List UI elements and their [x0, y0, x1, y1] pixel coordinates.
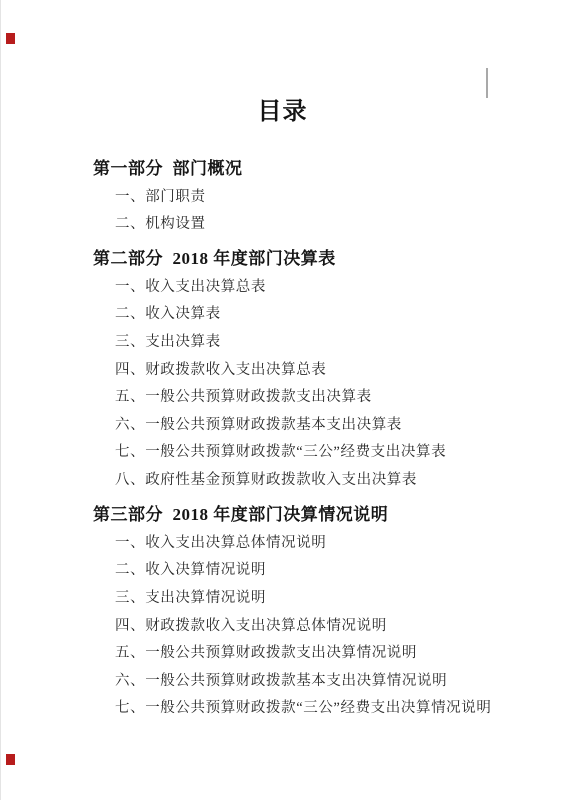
toc-item: 七、一般公共预算财政拨款“三公”经费支出决算情况说明 — [115, 698, 491, 718]
toc-item: 一、收入支出决算总表 — [115, 277, 491, 297]
toc-item: 五、一般公共预算财政拨款支出决算情况说明 — [115, 643, 491, 663]
toc-item: 六、一般公共预算财政拨款基本支出决算情况说明 — [115, 671, 491, 691]
red-scan-mark-top — [6, 33, 15, 44]
toc-item: 一、收入支出决算总体情况说明 — [115, 533, 491, 553]
toc-item: 三、支出决算情况说明 — [115, 588, 491, 608]
red-scan-mark-bottom — [6, 754, 15, 765]
table-of-contents: 第一部分 部门概况 一、部门职责 二、机构设置 第二部分 2018 年度部门决算… — [93, 159, 491, 726]
document-page: 目录 第一部分 部门概况 一、部门职责 二、机构设置 第二部分 2018 年度部… — [0, 0, 565, 800]
scan-artifact-line — [486, 68, 488, 98]
toc-section-heading: 第三部分 2018 年度部门决算情况说明 — [93, 505, 491, 525]
toc-item: 二、机构设置 — [115, 214, 491, 234]
toc-item: 二、收入决算情况说明 — [115, 560, 491, 580]
toc-section-heading: 第一部分 部门概况 — [93, 159, 491, 179]
toc-item: 三、支出决算表 — [115, 332, 491, 352]
page-title: 目录 — [0, 96, 565, 126]
toc-item: 五、一般公共预算财政拨款支出决算表 — [115, 387, 491, 407]
toc-item: 一、部门职责 — [115, 187, 491, 207]
toc-item: 八、政府性基金预算财政拨款收入支出决算表 — [115, 470, 491, 490]
toc-item: 六、一般公共预算财政拨款基本支出决算表 — [115, 415, 491, 435]
toc-section-heading: 第二部分 2018 年度部门决算表 — [93, 249, 491, 269]
toc-item: 二、收入决算表 — [115, 304, 491, 324]
toc-item: 七、一般公共预算财政拨款“三公”经费支出决算表 — [115, 442, 491, 462]
toc-item: 四、财政拨款收入支出决算总表 — [115, 360, 491, 380]
toc-item: 四、财政拨款收入支出决算总体情况说明 — [115, 616, 491, 636]
